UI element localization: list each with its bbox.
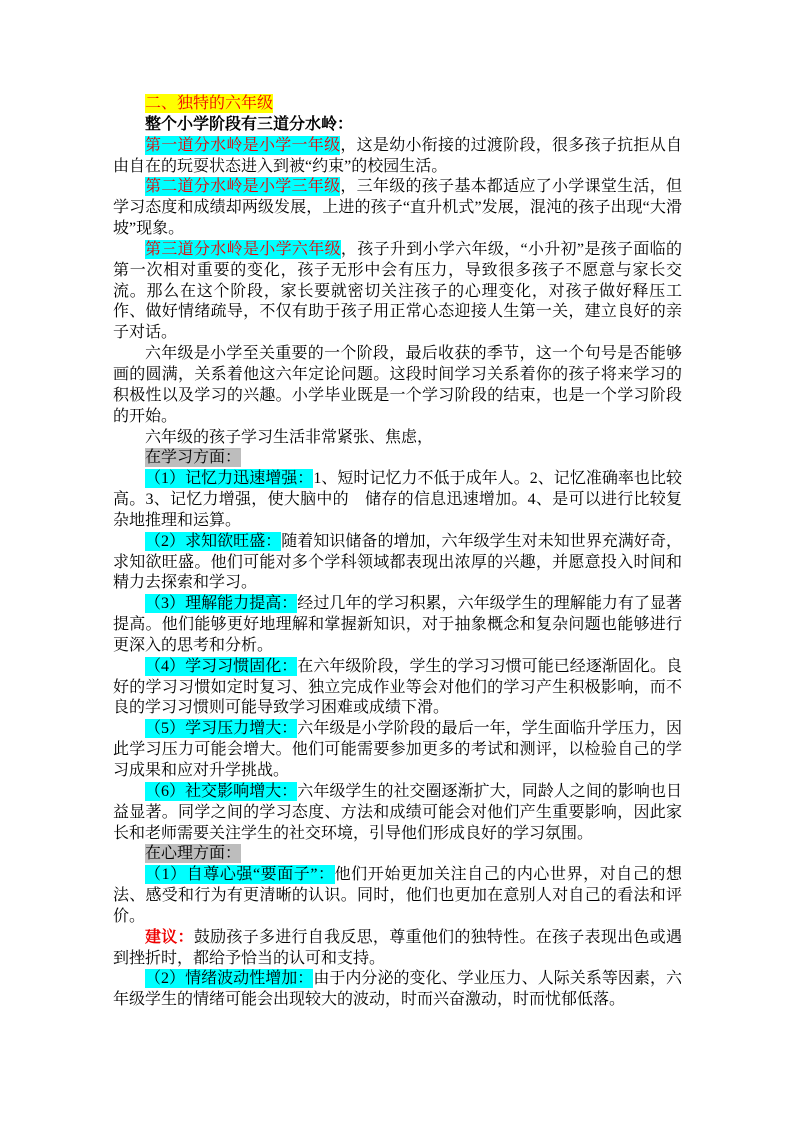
paragraph-study-1: （1）记忆力迅速增强：1、短时记忆力不低于成年人。2、记忆准确率也比较高。3、记… <box>113 469 682 532</box>
watershed-2-highlight: 第二道分水岭是小学三年级 <box>145 177 340 196</box>
study-5-highlight: （5）学习压力增大： <box>145 719 297 738</box>
title-highlight: 二、独特的六年级 <box>145 94 273 113</box>
psych-1-highlight: （1）自尊心强“要面子”： <box>145 865 335 884</box>
study-1-highlight: （1）记忆力迅速增强： <box>145 469 313 488</box>
paragraph-study-3: （3）理解能力提高：经过几年的学习积累，六年级学生的理解能力有了显著提高。他们能… <box>113 594 682 657</box>
suggestion-body: 鼓励孩子多进行自我反思，尊重他们的独特性。在孩子表现出色或遇到挫折时，都给予恰当… <box>113 928 682 968</box>
paragraph-watershed-2: 第二道分水岭是小学三年级，三年级的孩子基本都适应了小学课堂生活，但学习态度和成绩… <box>113 177 682 240</box>
study-2-highlight: （2）求知欲旺盛： <box>145 532 281 551</box>
study-6-highlight: （6）社交影响增大： <box>145 782 297 801</box>
watershed-3-highlight: 第三道分水岭是小学六年级 <box>145 240 341 259</box>
paragraph-study-4: （4）学习习惯固化：在六年级阶段，学生的学习习惯可能已经逐渐固化。良好的学习习惯… <box>113 657 682 720</box>
paragraph-bold-heading: 整个小学阶段有三道分水岭： <box>113 115 682 136</box>
paragraph-study-6: （6）社交影响增大：六年级学生的社交圈逐渐扩大，同龄人之间的影响也日益显著。同学… <box>113 782 682 845</box>
bold-heading-text: 整个小学阶段有三道分水岭： <box>145 115 353 134</box>
paragraph-watershed-3: 第三道分水岭是小学六年级，孩子升到小学六年级，“小升初”是孩子面临的第一次相对重… <box>113 240 682 344</box>
document-content: 二、独特的六年级 整个小学阶段有三道分水岭： 第一道分水岭是小学一年级，这是幼小… <box>113 94 682 1011</box>
paragraph-tension: 六年级的孩子学习生活非常紧张、焦虑， <box>113 428 682 449</box>
paragraph-suggestion: 建议：鼓励孩子多进行自我反思，尊重他们的独特性。在孩子表现出色或遇到挫折时，都给… <box>113 928 682 970</box>
psych-heading-highlight: 在心理方面： <box>145 844 241 863</box>
suggestion-label: 建议： <box>145 928 194 947</box>
importance-text: 六年级是小学至关重要的一个阶段，最后收获的季节，这一个句号是否能够画的圆满，关系… <box>113 344 682 426</box>
study-3-highlight: （3）理解能力提高： <box>145 594 297 613</box>
paragraph-psych-2: （2）情绪波动性增加：由于内分泌的变化、学业压力、人际关系等因素，六年级学生的情… <box>113 969 682 1011</box>
study-heading-highlight: 在学习方面： <box>145 448 241 467</box>
paragraph-study-heading: 在学习方面： <box>113 448 682 469</box>
tension-text: 六年级的孩子学习生活非常紧张、焦虑， <box>145 428 433 447</box>
paragraph-psych-heading: 在心理方面： <box>113 844 682 865</box>
paragraph-watershed-1: 第一道分水岭是小学一年级，这是幼小衔接的过渡阶段，很多孩子抗拒从自由自在的玩耍状… <box>113 136 682 178</box>
paragraph-title: 二、独特的六年级 <box>113 94 682 115</box>
paragraph-importance: 六年级是小学至关重要的一个阶段，最后收获的季节，这一个句号是否能够画的圆满，关系… <box>113 344 682 427</box>
document-page: 二、独特的六年级 整个小学阶段有三道分水岭： 第一道分水岭是小学一年级，这是幼小… <box>0 0 793 1122</box>
psych-2-highlight: （2）情绪波动性增加： <box>145 969 313 988</box>
watershed-1-highlight: 第一道分水岭是小学一年级 <box>145 136 340 155</box>
paragraph-psych-1: （1）自尊心强“要面子”：他们开始更加关注自己的内心世界，对自己的想法、感受和行… <box>113 865 682 928</box>
paragraph-study-2: （2）求知欲旺盛：随着知识储备的增加，六年级学生对未知世界充满好奇，求知欲旺盛。… <box>113 532 682 595</box>
paragraph-study-5: （5）学习压力增大：六年级是小学阶段的最后一年，学生面临升学压力，因此学习压力可… <box>113 719 682 782</box>
study-4-highlight: （4）学习习惯固化： <box>145 657 297 676</box>
